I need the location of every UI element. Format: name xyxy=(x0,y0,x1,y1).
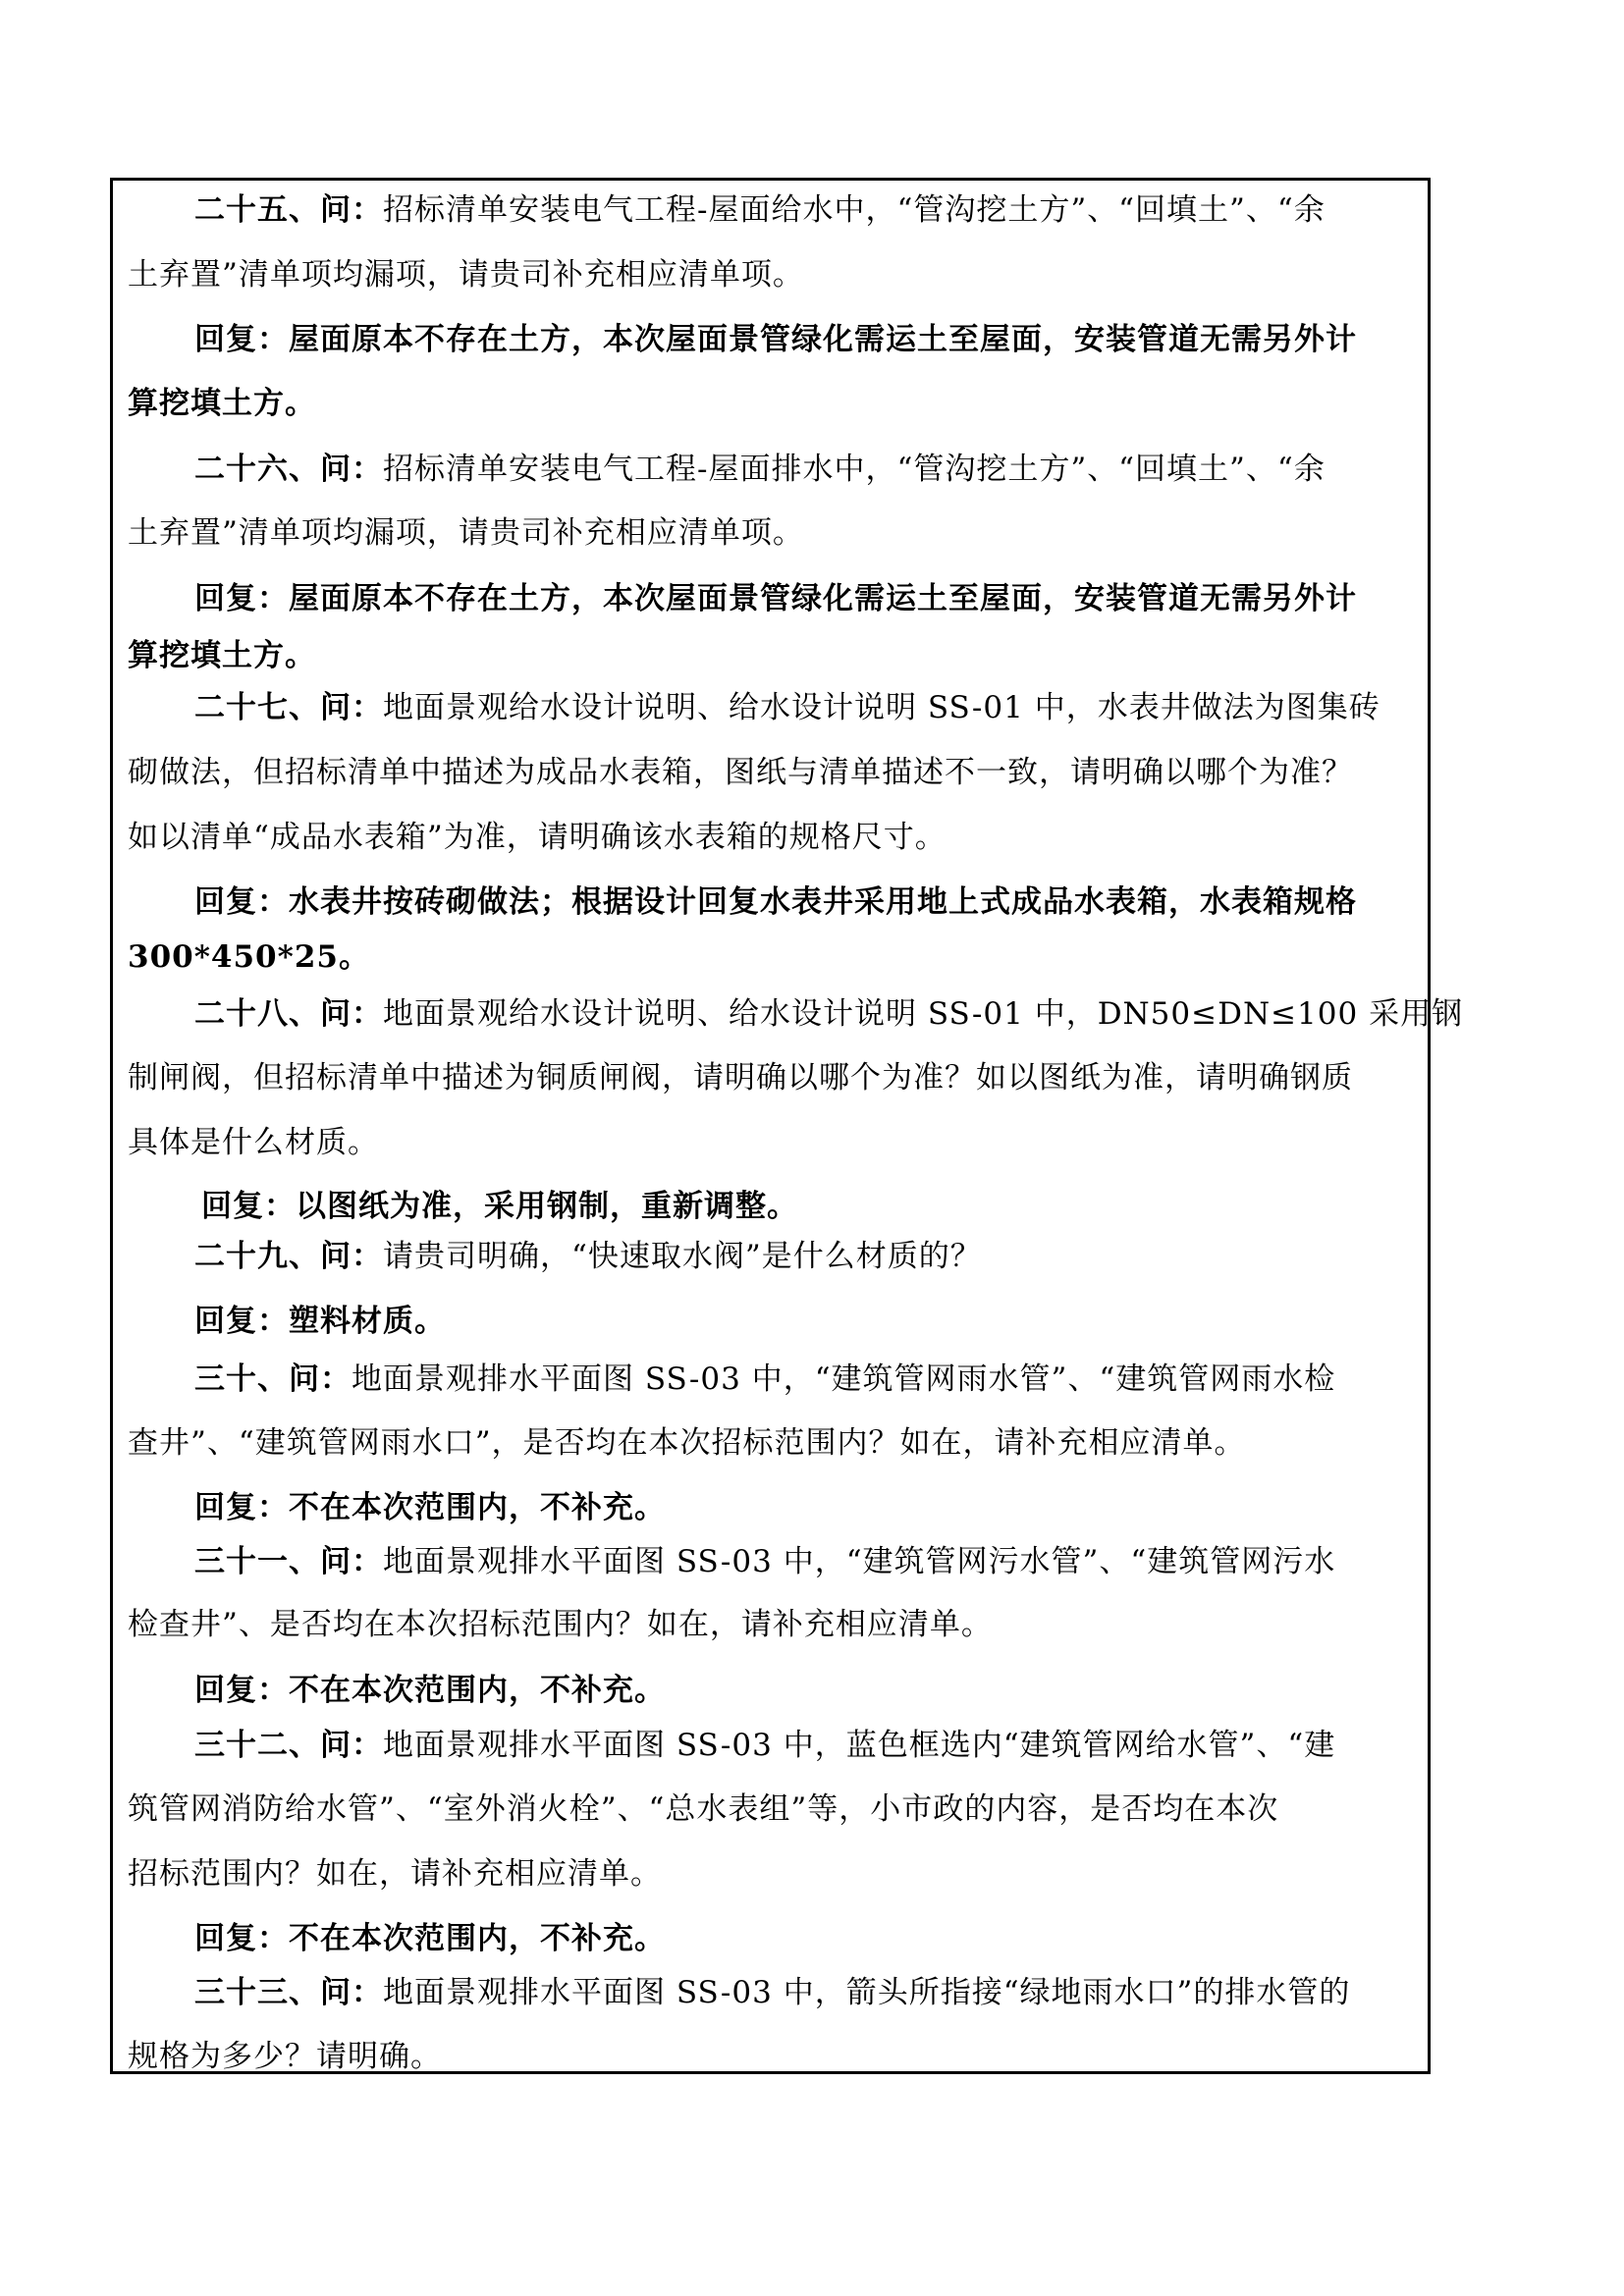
question-text: 地面景观排水平面图 SS-03 中，“建筑管网污水管”、“建筑管网污水 xyxy=(383,1544,1335,1579)
question-31-line-1: 三十一、问：地面景观排水平面图 SS-03 中，“建筑管网污水管”、“建筑管网污… xyxy=(194,1544,1335,1579)
answer-28-line-1: 回复：以图纸为准，采用钢制，重新调整。 xyxy=(201,1189,798,1224)
question-label: 三十三、问： xyxy=(194,1975,383,2010)
question-28-line-3: 具体是什么材质。 xyxy=(128,1125,379,1160)
question-25-line-1: 二十五、问：招标清单安装电气工程-屋面给水中，“管沟挖土方”、“回填土”、“余 xyxy=(194,192,1326,228)
question-27-line-1: 二十七、问：地面景观给水设计说明、给水设计说明 SS-01 中，水表井做法为图集… xyxy=(194,690,1380,725)
question-33-line-1: 三十三、问：地面景观排水平面图 SS-03 中，箭头所指接“绿地雨水口”的排水管… xyxy=(194,1975,1350,2010)
question-text: 地面景观排水平面图 SS-03 中，箭头所指接“绿地雨水口”的排水管的 xyxy=(383,1975,1350,2010)
question-label: 二十七、问： xyxy=(194,690,383,725)
question-text: 请贵司明确，“快速取水阀”是什么材质的？ xyxy=(383,1239,982,1274)
question-label: 二十六、问： xyxy=(194,452,383,487)
answer-31-line-1: 回复：不在本次范围内，不补充。 xyxy=(194,1673,666,1708)
question-28-line-1: 二十八、问：地面景观给水设计说明、给水设计说明 SS-01 中，DN50≤DN≤… xyxy=(194,996,1463,1032)
question-label: 三十一、问： xyxy=(194,1544,383,1579)
answer-27-line-2: 300*450*25。 xyxy=(128,939,370,975)
answer-29-line-1: 回复：塑料材质。 xyxy=(194,1304,446,1339)
question-31-line-2: 检查井”、是否均在本次招标范围内？如在，请补充相应清单。 xyxy=(128,1607,993,1642)
question-30-line-2: 查井”、“建筑管网雨水口”，是否均在本次招标范围内？如在，请补充相应清单。 xyxy=(128,1425,1246,1461)
question-label: 二十九、问： xyxy=(194,1239,383,1274)
answer-26-line-2: 算挖填土方。 xyxy=(128,638,316,673)
question-30-line-1: 三十、问：地面景观排水平面图 SS-03 中，“建筑管网雨水管”、“建筑管网雨水… xyxy=(194,1362,1335,1397)
answer-27-line-1: 回复：水表井按砖砌做法；根据设计回复水表井采用地上式成品水表箱，水表箱规格 xyxy=(194,884,1357,920)
answer-32-line-1: 回复：不在本次范围内，不补充。 xyxy=(194,1921,666,1956)
question-text: 招标清单安装电气工程-屋面给水中，“管沟挖土方”、“回填土”、“余 xyxy=(383,192,1326,228)
question-32-line-1: 三十二、问：地面景观排水平面图 SS-03 中，蓝色框选内“建筑管网给水管”、“… xyxy=(194,1728,1335,1763)
question-28-line-2: 制闸阀，但招标清单中描述为铜质闸阀，请明确以哪个为准？如以图纸为准，请明确钢质 xyxy=(128,1060,1353,1095)
question-label: 二十五、问： xyxy=(194,192,383,228)
question-27-line-2: 砌做法，但招标清单中描述为成品水表箱，图纸与清单描述不一致，请明确以哪个为准？ xyxy=(128,755,1353,790)
question-32-line-3: 招标范围内？如在，请补充相应清单。 xyxy=(128,1856,662,1892)
question-text: 地面景观排水平面图 SS-03 中，“建筑管网雨水管”、“建筑管网雨水检 xyxy=(352,1362,1335,1397)
answer-25-line-2: 算挖填土方。 xyxy=(128,386,316,421)
question-text: 招标清单安装电气工程-屋面排水中，“管沟挖土方”、“回填土”、“余 xyxy=(383,452,1326,487)
question-label: 三十、问： xyxy=(194,1362,352,1397)
answer-25-line-1: 回复：屋面原本不存在土方，本次屋面景管绿化需运土至屋面，安装管道无需另外计 xyxy=(194,322,1357,357)
question-33-line-2: 规格为多少？请明确。 xyxy=(128,2039,442,2074)
answer-26-line-1: 回复：屋面原本不存在土方，本次屋面景管绿化需运土至屋面，安装管道无需另外计 xyxy=(194,581,1357,616)
answer-30-line-1: 回复：不在本次范围内，不补充。 xyxy=(194,1490,666,1525)
question-26-line-1: 二十六、问：招标清单安装电气工程-屋面排水中，“管沟挖土方”、“回填土”、“余 xyxy=(194,452,1326,487)
question-26-line-2: 土弃置”清单项均漏项，请贵司补充相应清单项。 xyxy=(128,515,804,551)
question-text: 地面景观给水设计说明、给水设计说明 SS-01 中，水表井做法为图集砖 xyxy=(383,690,1380,725)
question-32-line-2: 筑管网消防给水管”、“室外消火栓”、“总水表组”等，小市政的内容，是否均在本次 xyxy=(128,1791,1278,1827)
question-label: 二十八、问： xyxy=(194,996,383,1032)
question-29-line-1: 二十九、问：请贵司明确，“快速取水阀”是什么材质的？ xyxy=(194,1239,982,1274)
question-text: 地面景观排水平面图 SS-03 中，蓝色框选内“建筑管网给水管”、“建 xyxy=(383,1728,1335,1763)
question-text: 地面景观给水设计说明、给水设计说明 SS-01 中，DN50≤DN≤100 采用… xyxy=(383,996,1463,1032)
question-label: 三十二、问： xyxy=(194,1728,383,1763)
question-27-line-3: 如以清单“成品水表箱”为准，请明确该水表箱的规格尺寸。 xyxy=(128,820,947,855)
question-25-line-2: 土弃置”清单项均漏项，请贵司补充相应清单项。 xyxy=(128,257,804,293)
